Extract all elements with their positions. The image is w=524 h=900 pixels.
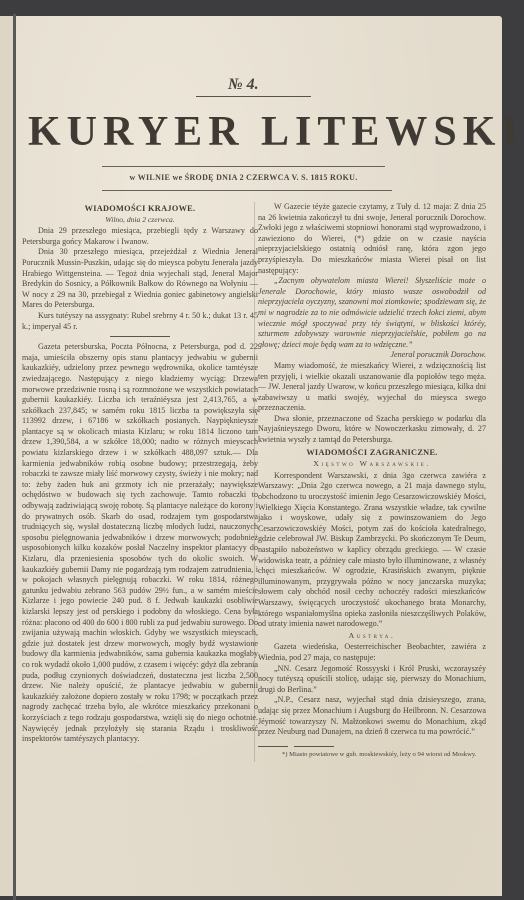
article-paragraph: „N.P., Cesarz nasz, wyjechał stąd dnia d…: [258, 695, 486, 737]
duchy-of-warsaw-heading: Xięstwo Warszawskie.: [258, 459, 486, 470]
article-paragraph: Mamy wiadomość, że mieszkańcy Wierei, z …: [258, 361, 486, 414]
issue-number-rule: [196, 96, 311, 97]
article-paragraph: Dnia 30 przeszłego miesiąca, przejeżdżał…: [22, 247, 258, 311]
newspaper-title: KURYER LITEWSKI: [28, 108, 488, 156]
exchange-rate-paragraph: Kurs tutéyszy na assygnaty: Rubel srebrn…: [22, 311, 258, 332]
footnote-rule: [294, 746, 334, 747]
article-paragraph: Dwa słonie, przeznaczone od Szacha persk…: [258, 414, 486, 446]
issue-number: № 4.: [228, 76, 259, 94]
newspaper-page: № 4. KURYER LITEWSKI w WILNIE we ŚRODĘ D…: [16, 16, 502, 896]
section-rule: [110, 336, 170, 337]
footnote: *) Miasto powiatowe w gub. moskiewskiéy,…: [258, 751, 486, 760]
article-paragraph: Korrespondent Warszawski, z dnia 3go cze…: [258, 471, 486, 630]
footnote-rule: [258, 746, 288, 747]
austria-heading: Austrya.: [258, 631, 486, 642]
right-column: W Gazecie téyże gazecie czytamy, z Tuły …: [258, 202, 486, 766]
publication-date-line: w WILNIE we ŚRODĘ DNIA 2 CZERWCA V. S. 1…: [102, 173, 385, 182]
date-rule-bottom: [102, 190, 392, 191]
article-paragraph: Gazeta wiedeńska, Oesterreichischer Beob…: [258, 642, 486, 663]
article-paragraph: „NN. Cesarz Jegomość Rossyyski i Król Pr…: [258, 664, 486, 696]
domestic-news-heading: WIADOMOŚCI KRAJOWE.: [22, 204, 258, 215]
foreign-news-heading: WIADOMOŚCI ZAGRANICZNE.: [258, 448, 486, 459]
date-rule-top: [102, 166, 385, 167]
article-paragraph: W Gazecie téyże gazecie czytamy, z Tuły …: [258, 202, 486, 276]
dorochow-letter: „Zacnym obywatelom miasta Wierei! Słysze…: [258, 276, 486, 350]
adjacent-page-edge: [0, 16, 13, 896]
footnote-rules: [258, 746, 486, 747]
left-column: WIADOMOŚCI KRAJOWE. Wilno, dnia 2 czerwc…: [22, 204, 258, 745]
vilnius-dateline: Wilno, dnia 2 czerwca.: [22, 215, 258, 226]
article-paragraph: Dnia 29 przeszłego miesiąca, przebiegli …: [22, 226, 258, 247]
letter-signature: Jeneral porucznik Dorochow.: [258, 350, 486, 361]
silk-plantation-article: Gazeta petersburska, Poczta Północna, z …: [22, 342, 258, 745]
